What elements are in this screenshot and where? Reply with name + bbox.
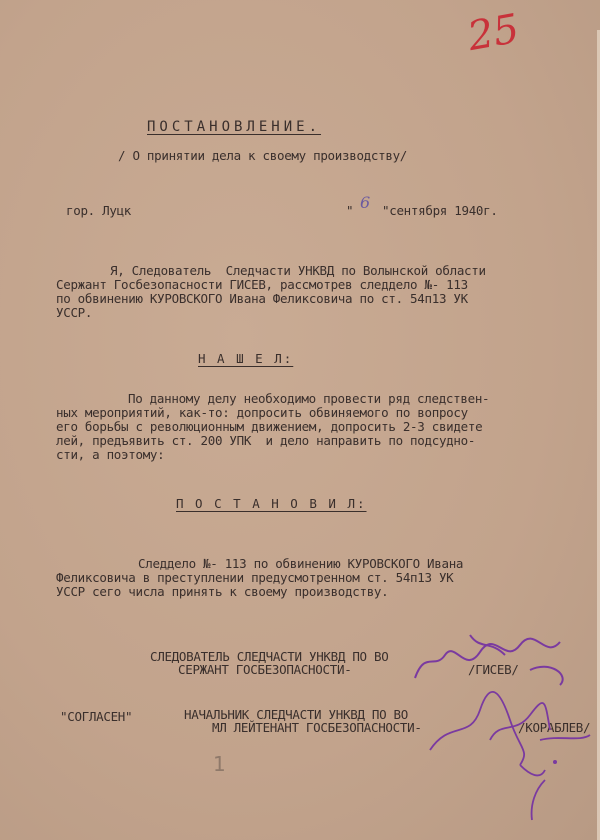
text-line: Я, Следователь Следчасти УНКВД по Волынс… <box>110 264 486 278</box>
decided-heading: П О С Т А Н О В И Л: <box>176 497 367 511</box>
pencil-mark: 1 <box>213 752 226 776</box>
text-line: Сержант Госбезопасности ГИСЕВ, рассмотре… <box>56 278 468 292</box>
chief-rank: МЛ ЛЕЙТЕНАНТ ГОСБЕЗОПАСНОСТИ- <box>212 721 422 735</box>
document-subtitle: / О принятии дела к своему производству/ <box>118 149 407 163</box>
text-line: Следдело №- 113 по обвинению КУРОВСКОГО … <box>138 557 463 571</box>
place: гор. Луцк <box>66 204 131 218</box>
chief-signature-icon <box>420 680 595 830</box>
date-day-handwritten: 6 <box>360 196 370 210</box>
text-line: лей, предъявить ст. 200 УПК и дело напра… <box>56 434 475 448</box>
text-line: УССР. <box>56 306 92 320</box>
text-line: по обвинению КУРОВСКОГО Ивана Феликсович… <box>56 292 468 306</box>
text-line: его борьбы с революционным движением, до… <box>56 420 482 434</box>
document-title: ПОСТАНОВЛЕНИЕ. <box>147 120 321 134</box>
text-line: сти, а поэтому: <box>56 448 164 462</box>
date-month-year: "сентября 1940г. <box>382 204 498 218</box>
text-line: Феликсовича в преступлении предусмотренн… <box>56 571 453 585</box>
text-line: ных мероприятий, как-то: допросить обвин… <box>56 406 468 420</box>
investigator-rank: СЕРЖАНТ ГОСБЕЗОПАСНОСТИ- <box>178 663 351 677</box>
text-line: По данному делу необходимо провести ряд … <box>128 392 489 406</box>
approval-label: "СОГЛАСЕН" <box>60 710 132 724</box>
found-heading: Н А Ш Е Л: <box>198 352 293 366</box>
archival-document-page: 25 ПОСТАНОВЛЕНИЕ. / О принятии дела к св… <box>0 0 600 840</box>
date-quote-open: " <box>346 204 353 218</box>
archive-page-number: 25 <box>464 6 522 60</box>
text-line: УССР сего числа принять к своему произво… <box>56 585 388 599</box>
